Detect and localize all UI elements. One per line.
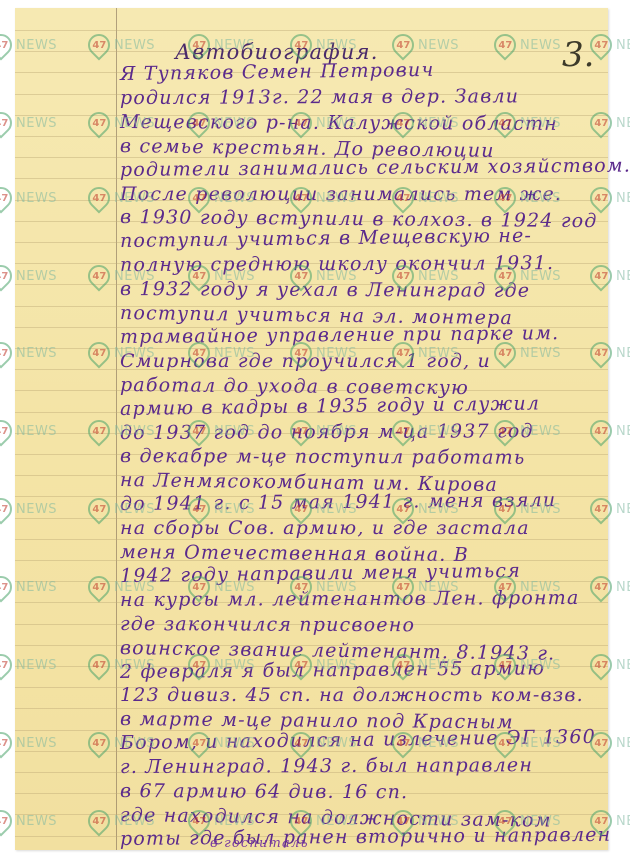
handwritten-line: Я Тупяков Семен Петрович [120,59,435,85]
handwritten-line: Смирнова где проучился 1 год, и [120,350,491,372]
handwritten-line: полную среднюю школу окончил 1931. [120,252,554,276]
handwritten-line: 123 дивиз. 45 сп. на должность ком-взв. [120,684,584,706]
handwritten-line: Мещевского р-на. Калужской областн [120,111,558,135]
handwritten-line: 1942 году направили меня учиться [120,560,521,587]
handwritten-line: роты где был ранен вторично и направлен [120,824,612,850]
handwritten-line: на сборы Сов. армию, и где застала [120,517,530,539]
handwritten-line: 2 февраля я был направлен 55 армию [120,657,545,683]
handwritten-line: трамвайное управление при парке им. [120,322,560,348]
handwritten-line: где закончился присвоено [120,613,415,636]
handwriting-layer: Автобиография. 3. Я Тупяков Семен Петров… [0,0,630,864]
handwritten-line: в 67 армию 64 див. 16 сп. [120,780,408,803]
handwritten-line: армию в кадры в 1935 году и служил [120,393,540,420]
handwritten-line: родители занимались сельским хозяйством. [120,155,630,181]
handwritten-line: После революции занимались тем же. [120,183,562,205]
handwritten-line: на курсы мл. лейтенантов Лен. фронта [120,587,580,611]
insertion-note: в госпиталь [210,836,309,851]
handwritten-line: родился 1913г. 22 мая в дер. Завли [120,85,519,109]
handwritten-line: в 1932 году я уехал в Ленинград где [120,278,530,302]
handwritten-line: в декабре м-це поступил работать [120,445,526,469]
page-number: 3. [562,35,594,75]
handwritten-line: до 1937 год до ноября м-ца 1937 год [120,420,534,444]
handwritten-line: до 1941 г. с 15 мая 1941 г. меня взяли [120,489,557,515]
handwritten-line: г. Ленинград. 1943 г. был направлен [120,754,533,778]
handwritten-line: поступил учиться в Мещевскую не- [120,225,532,252]
